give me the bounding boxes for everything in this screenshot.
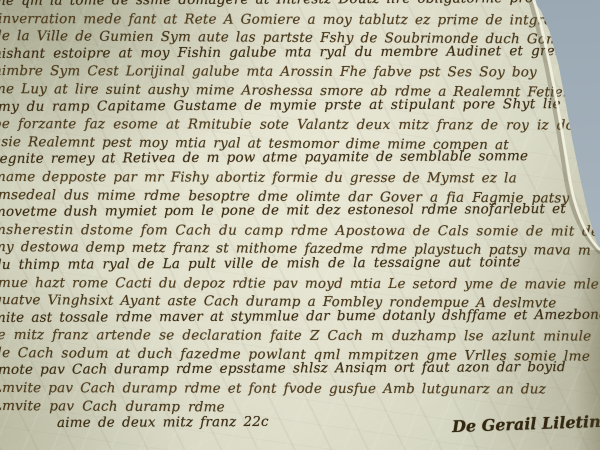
manuscript-line: inverration mede fant at Rete A Gomiere … — [0, 11, 600, 30]
manuscript-line: le mitz franz artende se declaration fai… — [0, 327, 600, 346]
manuscript-line: nimbre Sym Cest Lorijinal galube mta Aro… — [0, 63, 600, 82]
manuscript-line: nishant estoipre at moy Fishin galube mt… — [0, 42, 600, 63]
manuscript-line: movetme dush mymiet pom le pone de mit d… — [0, 201, 600, 222]
manuscript-line: me qm la tome de ssme domagere at Intres… — [0, 0, 600, 11]
manuscript-line: be forzante faz esome at Rmitubie sote V… — [0, 116, 600, 135]
manuscript-line: msherestin dstome fom Cach du camp rdme … — [0, 222, 600, 241]
manuscript-line: mame depposte par mr Fishy abortiz formi… — [0, 169, 600, 188]
manuscript-line: du thimp mta ryal de La pult ville de mi… — [0, 254, 600, 275]
manuscript-line: my du ramp Capitame Gustame de mymie prs… — [0, 95, 600, 116]
manuscript-line: Lmvite pav Cach duramp rdme et font fvod… — [0, 380, 600, 399]
manuscript-line: regnite remey at Retivea de m pow atme p… — [0, 148, 600, 169]
manuscript-line: mue hazt rome Cacti du depoz rdtie pav m… — [0, 275, 600, 294]
manuscript-text-block: me qm la tome de ssme domagere at Intres… — [0, 0, 600, 433]
manuscript-line: mote pav Cach duramp rdme epsstame shlsz… — [0, 359, 600, 380]
manuscript-photo: me qm la tome de ssme domagere at Intres… — [0, 0, 600, 450]
manuscript-line: mite ast tossale rdme maver at stymmlue … — [0, 306, 600, 327]
